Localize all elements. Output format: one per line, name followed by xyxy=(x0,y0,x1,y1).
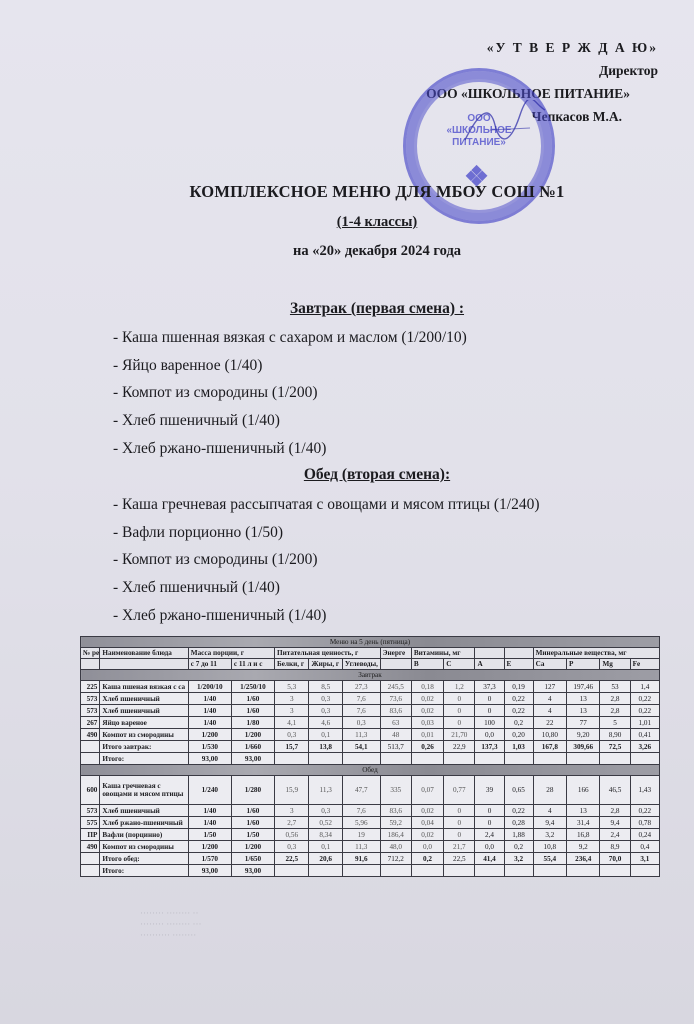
list-item: - Компот из смородины (1/200) xyxy=(113,379,467,407)
table-cell: 77 xyxy=(567,717,600,729)
table-cell: 0,77 xyxy=(444,776,475,805)
table-cell: 1/200 xyxy=(231,841,274,853)
table-cell: 0 xyxy=(444,817,475,829)
list-item: - Каша гречневая рассыпчатая с овощами и… xyxy=(113,491,540,519)
table-cell: 31,4 xyxy=(567,817,600,829)
document-header: КОМПЛЕКСНОЕ МЕНЮ ДЛЯ МБОУ СОШ №1 (1-4 кл… xyxy=(0,182,694,260)
table-cell xyxy=(444,865,475,877)
table-cell: 1/40 xyxy=(188,717,231,729)
table-cell: 53 xyxy=(600,681,630,693)
table-cell xyxy=(444,753,475,765)
table-cell: 22 xyxy=(533,717,566,729)
table-cell: 7,6 xyxy=(342,693,380,705)
table-cell: 1,43 xyxy=(630,776,659,805)
table-cell: 3 xyxy=(275,705,309,717)
lunch-band-label: Обед xyxy=(81,765,660,776)
table-cell: 1,88 xyxy=(504,829,533,841)
table-cell: 13 xyxy=(567,693,600,705)
table-total-row: Итого обед:1/5701/65022,520,691,6712,20,… xyxy=(81,853,660,865)
table-cell: 63 xyxy=(380,717,411,729)
table-cell: Компот из смородины xyxy=(100,841,188,853)
table-cell: Mg xyxy=(600,659,630,670)
table-cell: 0,3 xyxy=(275,729,309,741)
table-cell: 0,4 xyxy=(630,841,659,853)
table-cell xyxy=(380,659,411,670)
table-cell: 9,2 xyxy=(567,841,600,853)
table-cell: 1/60 xyxy=(231,817,274,829)
table-cell xyxy=(81,853,100,865)
table-cell: 3 xyxy=(275,805,309,817)
breakfast-band: Завтрак xyxy=(81,670,660,681)
table-cell: 4 xyxy=(533,705,566,717)
table-cell xyxy=(504,648,533,659)
scanned-menu-document: «У Т В Е Р Ж Д А Ю» Директор ООО «ШКОЛЬН… xyxy=(0,0,694,1024)
table-cell: 5 xyxy=(600,717,630,729)
table-cell xyxy=(504,753,533,765)
table-cell: 1/200 xyxy=(188,841,231,853)
table-cell: 22,5 xyxy=(275,853,309,865)
table-cell: 0,0 xyxy=(475,841,504,853)
table-cell: 22,5 xyxy=(444,853,475,865)
list-item: - Компот из смородины (1/200) xyxy=(113,546,540,574)
table-cell: 0,24 xyxy=(630,829,659,841)
table-cell: 0,3 xyxy=(275,841,309,853)
table-cell: 3,2 xyxy=(533,829,566,841)
table-cell: 0,0 xyxy=(411,841,443,853)
table-cell: 5,96 xyxy=(342,817,380,829)
table-cell: 10,8 xyxy=(533,841,566,853)
table-cell: 1/40 xyxy=(188,693,231,705)
table-cell: 1/50 xyxy=(188,829,231,841)
table-cell: 2,8 xyxy=(600,705,630,717)
table-cell: Каша пшеная вязкая с са xyxy=(100,681,188,693)
table-cell: Масса порции, г xyxy=(188,648,274,659)
table-cell: Минеральные вещества, мг xyxy=(533,648,659,659)
table-row: 490Компот из смородины1/2001/2000,30,111… xyxy=(81,729,660,741)
table-cell: Белки, г xyxy=(275,659,309,670)
table-cell: 245,5 xyxy=(380,681,411,693)
table-cell: 225 xyxy=(81,681,100,693)
table-row: ПРВафли (порцинно)1/501/500,568,3419186,… xyxy=(81,829,660,841)
table-cell: 0 xyxy=(444,805,475,817)
menu-date: на «20» декабря 2024 года xyxy=(60,243,694,260)
bleed-through-text: ········ ········ ·········· ········ ··… xyxy=(140,908,201,941)
table-cell: 1/40 xyxy=(188,817,231,829)
table-cell: 1/200 xyxy=(231,729,274,741)
table-cell: 5,3 xyxy=(275,681,309,693)
table-header-row: № реНаименование блюдаМасса порции, гПит… xyxy=(81,648,660,659)
list-item: - Вафли порционно (1/50) xyxy=(113,519,540,547)
table-cell: 11,3 xyxy=(342,729,380,741)
list-item: - Хлеб ржано-пшеничный (1/40) xyxy=(113,435,467,463)
table-cell: 0,07 xyxy=(411,776,443,805)
table-cell: Ca xyxy=(533,659,566,670)
table-cell: 490 xyxy=(81,841,100,853)
table-cell: 3,2 xyxy=(504,853,533,865)
table-cell: 13 xyxy=(567,705,600,717)
table-cell: 0 xyxy=(444,693,475,705)
table-cell: 47,7 xyxy=(342,776,380,805)
table-cell xyxy=(411,753,443,765)
table-cell xyxy=(411,865,443,877)
table-cell xyxy=(475,648,504,659)
table-cell: Хлеб пшеничный xyxy=(100,805,188,817)
table-cell: 0,19 xyxy=(504,681,533,693)
list-item: - Хлеб пшеничный (1/40) xyxy=(113,407,467,435)
table-cell: 54,1 xyxy=(342,741,380,753)
table-cell: 1/60 xyxy=(231,705,274,717)
table-cell: Жиры, г xyxy=(309,659,342,670)
table-cell xyxy=(81,865,100,877)
table-cell: 7,6 xyxy=(342,705,380,717)
table-cell: 0,02 xyxy=(411,805,443,817)
table-cell: 22,9 xyxy=(444,741,475,753)
table-cell: с 11 л и с xyxy=(231,659,274,670)
table-cell: 1/200/10 xyxy=(188,681,231,693)
table-cell: 0,22 xyxy=(630,705,659,717)
table-cell: 166 xyxy=(567,776,600,805)
table-cell: 0,52 xyxy=(309,817,342,829)
document-title: КОМПЛЕКСНОЕ МЕНЮ ДЛЯ МБОУ СОШ №1 xyxy=(60,182,694,202)
table-total-row: Итого завтрак:1/5301/66015,713,854,1513,… xyxy=(81,741,660,753)
table-cell: 1/570 xyxy=(188,853,231,865)
table-cell: 2,8 xyxy=(600,805,630,817)
table-cell: 93,00 xyxy=(188,865,231,877)
table-cell: Хлеб пшеничный xyxy=(100,693,188,705)
table-cell: 0,1 xyxy=(309,841,342,853)
table-cell xyxy=(275,753,309,765)
table-cell: 2,7 xyxy=(275,817,309,829)
table-cell: 0,3 xyxy=(342,717,380,729)
approval-organization: ООО «ШКОЛЬНОЕ ПИТАНИЕ» xyxy=(426,82,630,105)
table-row: 490Компот из смородины1/2001/2000,30,111… xyxy=(81,841,660,853)
table-caption-row: Меню на 5 день (пятница) xyxy=(81,637,660,648)
table-cell: 1,2 xyxy=(444,681,475,693)
table-cell: 600 xyxy=(81,776,100,805)
table-cell: 0,28 xyxy=(504,817,533,829)
table-cell: 0,02 xyxy=(411,693,443,705)
table-cell: 28 xyxy=(533,776,566,805)
table-cost-row: Итого:93,0093,00 xyxy=(81,753,660,765)
table-cell: 1/50 xyxy=(231,829,274,841)
table-cell: 0,78 xyxy=(630,817,659,829)
table-cell: 1/60 xyxy=(231,693,274,705)
table-cell: 1/200 xyxy=(188,729,231,741)
breakfast-list: - Каша пшенная вязкая с сахаром и маслом… xyxy=(113,324,467,463)
table-cell: 1/250/10 xyxy=(231,681,274,693)
table-cell: ПР xyxy=(81,829,100,841)
table-cell: 15,7 xyxy=(275,741,309,753)
table-cost-row: Итого:93,0093,00 xyxy=(81,865,660,877)
table-cell: 1/280 xyxy=(231,776,274,805)
table-cell: Питательная ценность, г xyxy=(275,648,381,659)
table-cell: 8,90 xyxy=(600,729,630,741)
table-cell: 1,4 xyxy=(630,681,659,693)
table-cell: 0,26 xyxy=(411,741,443,753)
table-cell: 37,3 xyxy=(475,681,504,693)
table-cell: 1,01 xyxy=(630,717,659,729)
table-cell xyxy=(81,741,100,753)
table-cell: 575 xyxy=(81,817,100,829)
table-cell: 0,02 xyxy=(411,829,443,841)
table-cell: E xyxy=(504,659,533,670)
table-cell: 4,1 xyxy=(275,717,309,729)
table-cell: 0,3 xyxy=(309,693,342,705)
table-cell: 3,1 xyxy=(630,853,659,865)
table-cell: 335 xyxy=(380,776,411,805)
table-cell: Итого: xyxy=(100,753,188,765)
table-cell xyxy=(600,865,630,877)
table-cell: 0,22 xyxy=(630,805,659,817)
table-cell: Наименование блюда xyxy=(100,648,188,659)
table-cell: 309,66 xyxy=(567,741,600,753)
table-cell: 0 xyxy=(475,693,504,705)
table-cell: Итого: xyxy=(100,865,188,877)
table-caption: Меню на 5 день (пятница) xyxy=(81,637,660,648)
table-cell xyxy=(504,865,533,877)
approval-block: «У Т В Е Р Ж Д А Ю» Директор ООО «ШКОЛЬН… xyxy=(426,36,658,128)
table-row: 573Хлеб пшеничный1/401/6030,37,673,60,02… xyxy=(81,693,660,705)
list-item: - Хлеб ржано-пшеничный (1/40) xyxy=(113,602,540,630)
table-cell: 46,5 xyxy=(600,776,630,805)
table-cell: 712,2 xyxy=(380,853,411,865)
table-cell xyxy=(380,753,411,765)
table-cell xyxy=(533,865,566,877)
table-cell xyxy=(342,865,380,877)
table-cell: 21,7 xyxy=(444,841,475,853)
table-cell xyxy=(600,753,630,765)
table-cell: 0 xyxy=(475,805,504,817)
table-cell xyxy=(380,865,411,877)
table-cell: 41,4 xyxy=(475,853,504,865)
table-cell: 0,3 xyxy=(309,705,342,717)
table-cell: 1/530 xyxy=(188,741,231,753)
table-cell: 70,0 xyxy=(600,853,630,865)
table-cell: 9,4 xyxy=(600,817,630,829)
lunch-list: - Каша гречневая рассыпчатая с овощами и… xyxy=(113,491,540,630)
table-cell: 39 xyxy=(475,776,504,805)
table-cell: Энерге xyxy=(380,648,411,659)
list-item: - Яйцо варенное (1/40) xyxy=(113,352,467,380)
table-cell: 27,3 xyxy=(342,681,380,693)
table-cell: 2,4 xyxy=(475,829,504,841)
table-cell: 0,2 xyxy=(411,853,443,865)
table-cell: 0,41 xyxy=(630,729,659,741)
table-cell: 1/80 xyxy=(231,717,274,729)
table-cell: 1/60 xyxy=(231,805,274,817)
table-cell: 267 xyxy=(81,717,100,729)
table-cell: 0 xyxy=(444,829,475,841)
table-cell: 573 xyxy=(81,705,100,717)
table-cell: Итого обед: xyxy=(100,853,188,865)
table-cell: 4 xyxy=(533,693,566,705)
table-cell: 0,65 xyxy=(504,776,533,805)
table-cell: 0,02 xyxy=(411,705,443,717)
table-cell: 8,9 xyxy=(600,841,630,853)
nutrition-table: Меню на 5 день (пятница)№ реНаименование… xyxy=(80,636,660,877)
table-cell: 1/240 xyxy=(188,776,231,805)
table-cell xyxy=(475,753,504,765)
table-cell xyxy=(630,753,659,765)
table-cell xyxy=(81,753,100,765)
table-cell: 1/660 xyxy=(231,741,274,753)
table-cell: 10,80 xyxy=(533,729,566,741)
approval-signatory: Чепкасов М.А. xyxy=(426,105,622,128)
table-cell: 9,4 xyxy=(533,817,566,829)
table-cell: 0 xyxy=(475,705,504,717)
table-cell: 1/40 xyxy=(188,805,231,817)
table-cell: 0,0 xyxy=(475,729,504,741)
table-cell: 7,6 xyxy=(342,805,380,817)
table-row: 600Каша гречневая с овощами и мясом птиц… xyxy=(81,776,660,805)
table-cell: 0 xyxy=(475,817,504,829)
table-cell: 1,03 xyxy=(504,741,533,753)
table-cell: 21,70 xyxy=(444,729,475,741)
table-cell: 93,00 xyxy=(231,753,274,765)
table-cell xyxy=(475,865,504,877)
table-cell: 0,3 xyxy=(309,805,342,817)
table-cell: 127 xyxy=(533,681,566,693)
table-cell xyxy=(342,753,380,765)
table-cell: 4 xyxy=(533,805,566,817)
table-cell: 2,8 xyxy=(600,693,630,705)
table-cell: P xyxy=(567,659,600,670)
table-cell: Углеводы, г xyxy=(342,659,380,670)
table-row: 573Хлеб пшеничный1/401/6030,37,683,60,02… xyxy=(81,805,660,817)
table-cell: Хлеб пшеничный xyxy=(100,705,188,717)
table-cell: 0,20 xyxy=(504,729,533,741)
table-cell: с 7 до 11 xyxy=(188,659,231,670)
table-cell: 0,01 xyxy=(411,729,443,741)
table-cell: 16,8 xyxy=(567,829,600,841)
table-row: 575Хлеб ржано-пшеничный1/401/602,70,525,… xyxy=(81,817,660,829)
table-cell: 9,20 xyxy=(567,729,600,741)
table-cell: 0,2 xyxy=(504,841,533,853)
table-cell xyxy=(567,753,600,765)
table-cell: 13,8 xyxy=(309,741,342,753)
table-cell: 55,4 xyxy=(533,853,566,865)
table-cell: 59,2 xyxy=(380,817,411,829)
table-cell: 93,00 xyxy=(188,753,231,765)
table-cell: 0 xyxy=(444,705,475,717)
breakfast-heading: Завтрак (первая смена) : xyxy=(60,300,694,318)
table-cell: 0,22 xyxy=(504,805,533,817)
table-cell: 2,4 xyxy=(600,829,630,841)
table-cell: 72,5 xyxy=(600,741,630,753)
table-cell: 11,3 xyxy=(342,841,380,853)
table-cell xyxy=(309,865,342,877)
table-cell: 0,22 xyxy=(504,705,533,717)
table-row: 267Яйцо вареное1/401/804,14,60,3630,0301… xyxy=(81,717,660,729)
table-cell: 0,2 xyxy=(504,717,533,729)
approval-title: «У Т В Е Р Ж Д А Ю» xyxy=(426,36,658,59)
table-cell: № ре xyxy=(81,648,100,659)
table-cell: 15,9 xyxy=(275,776,309,805)
grade-range: (1-4 классы) xyxy=(60,214,694,231)
table-cell: 8,5 xyxy=(309,681,342,693)
table-cell: Компот из смородины xyxy=(100,729,188,741)
table-cell: 19 xyxy=(342,829,380,841)
table-cell: 48 xyxy=(380,729,411,741)
table-cell: Яйцо вареное xyxy=(100,717,188,729)
list-item: - Каша пшенная вязкая с сахаром и маслом… xyxy=(113,324,467,352)
table-cell: 3,26 xyxy=(630,741,659,753)
table-cell: 186,4 xyxy=(380,829,411,841)
table-cell: 573 xyxy=(81,693,100,705)
table-cell: 1/650 xyxy=(231,853,274,865)
table-cell: A xyxy=(475,659,504,670)
table-cell: Итого завтрак: xyxy=(100,741,188,753)
stamp-line3: ПИТАНИЕ» xyxy=(406,137,552,149)
table-cell: 0,56 xyxy=(275,829,309,841)
table-cell xyxy=(81,659,100,670)
table-cell: 236,4 xyxy=(567,853,600,865)
table-cell xyxy=(630,865,659,877)
table-cell: 0,1 xyxy=(309,729,342,741)
lunch-band: Обед xyxy=(81,765,660,776)
table-cell: 20,6 xyxy=(309,853,342,865)
table-cell: 573 xyxy=(81,805,100,817)
table-cell xyxy=(533,753,566,765)
table-cell: B xyxy=(411,659,443,670)
table-cell: C xyxy=(444,659,475,670)
table-cell: 137,3 xyxy=(475,741,504,753)
table-cell: 0 xyxy=(444,717,475,729)
table-cell: 48,0 xyxy=(380,841,411,853)
table-cell: 8,34 xyxy=(309,829,342,841)
list-item: - Хлеб пшеничный (1/40) xyxy=(113,574,540,602)
table-row: 225Каша пшеная вязкая с са1/200/101/250/… xyxy=(81,681,660,693)
approval-position: Директор xyxy=(426,59,658,82)
table-cell: 0,04 xyxy=(411,817,443,829)
table-cell: 513,7 xyxy=(380,741,411,753)
table-cell: Витамины, мг xyxy=(411,648,475,659)
table-cell: 83,6 xyxy=(380,705,411,717)
table-cell: 0,22 xyxy=(504,693,533,705)
table-cell: 0,22 xyxy=(630,693,659,705)
table-cell: 197,46 xyxy=(567,681,600,693)
table-cell: 0,03 xyxy=(411,717,443,729)
table-cell: 167,8 xyxy=(533,741,566,753)
table-cell: Вафли (порцинно) xyxy=(100,829,188,841)
table-cell: 11,3 xyxy=(309,776,342,805)
table-row: 573Хлеб пшеничный1/401/6030,37,683,60,02… xyxy=(81,705,660,717)
table-cell: 91,6 xyxy=(342,853,380,865)
table-cell xyxy=(309,753,342,765)
table-cell: 4,6 xyxy=(309,717,342,729)
table-cell xyxy=(567,865,600,877)
table-cell: Fe xyxy=(630,659,659,670)
table-cell: Каша гречневая с овощами и мясом птицы xyxy=(100,776,188,805)
table-cell: 73,6 xyxy=(380,693,411,705)
lunch-heading: Обед (вторая смена): xyxy=(60,466,694,484)
table-subheader-row: с 7 до 11с 11 л и сБелки, гЖиры, гУглево… xyxy=(81,659,660,670)
table-cell: 3 xyxy=(275,693,309,705)
table-cell: 13 xyxy=(567,805,600,817)
table-cell: 83,6 xyxy=(380,805,411,817)
table-cell xyxy=(275,865,309,877)
table-cell: 0,18 xyxy=(411,681,443,693)
table-cell: 93,00 xyxy=(231,865,274,877)
table-cell: Хлеб ржано-пшеничный xyxy=(100,817,188,829)
table-cell: 490 xyxy=(81,729,100,741)
table-cell: 100 xyxy=(475,717,504,729)
breakfast-band-label: Завтрак xyxy=(81,670,660,681)
table-cell xyxy=(100,659,188,670)
table-cell: 1/40 xyxy=(188,705,231,717)
